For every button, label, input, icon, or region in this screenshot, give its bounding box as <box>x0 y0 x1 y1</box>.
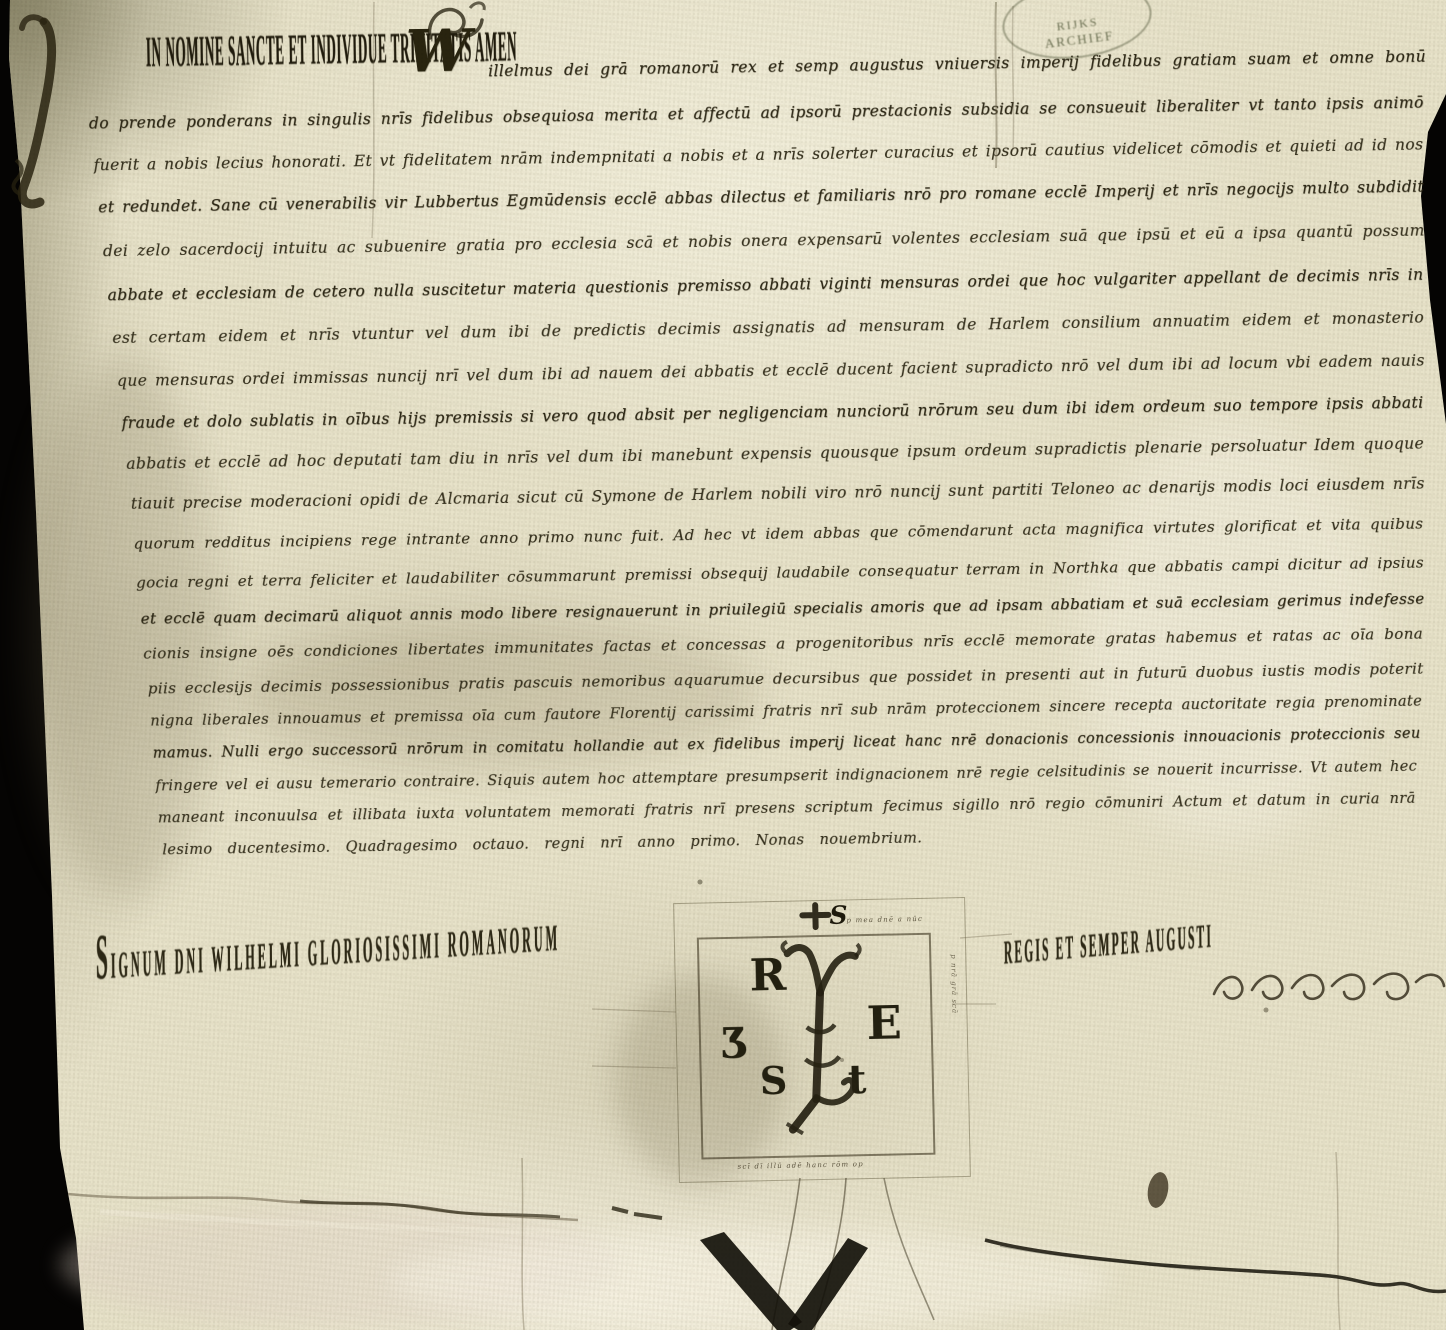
charter-line: dei zelo sacerdocij intuitu ac subuenire… <box>103 215 1425 266</box>
monogram-letter-r: R <box>749 950 787 1002</box>
charter-photo: In nomine sancte et individue trinitatis… <box>0 0 1446 1330</box>
stamp-line2: ARCHIEF <box>1044 28 1115 52</box>
monogram-letter-s: S <box>759 1058 787 1104</box>
monogram-letter-e: E <box>866 995 902 1050</box>
initial-w: W <box>405 16 471 85</box>
monogram-bottom-note: scī dī illū adē hanc rōm op <box>738 1160 864 1171</box>
charter-line: que mensuras ordei immissas nuncij nrī v… <box>117 346 1425 397</box>
monogram-letter-t: t <box>847 1056 866 1103</box>
charter-line: abbate et ecclesiam de cetero nulla susc… <box>107 260 1423 311</box>
monogram-letter-c: Ʒ <box>721 1019 750 1069</box>
charter-line: fuerit a nobis lecius honorati. Et vt fi… <box>93 130 1423 181</box>
royal-monogram: p mea dnē a nūc scī dī illū adē hanc rōm… <box>673 897 971 1183</box>
monogram-side-note: p nrā grā scā <box>949 954 958 1014</box>
charter-line: et redundet. Sane cū venerabilis vir Lub… <box>98 172 1424 223</box>
monogram-top-note: p mea dnē a nūc <box>846 915 923 925</box>
charter-line: illelmus dei grā romanorū rex et semp au… <box>488 41 1426 86</box>
charter-text-block: In nomine sancte et individue trinitatis… <box>88 25 1439 896</box>
charter-line: fraude et dolo sublatis in oībus hijs pr… <box>121 388 1423 438</box>
monogram-cross-s: S <box>829 900 848 929</box>
charter-line: est certam eidem et nrīs vtuntur vel dum… <box>112 303 1424 354</box>
